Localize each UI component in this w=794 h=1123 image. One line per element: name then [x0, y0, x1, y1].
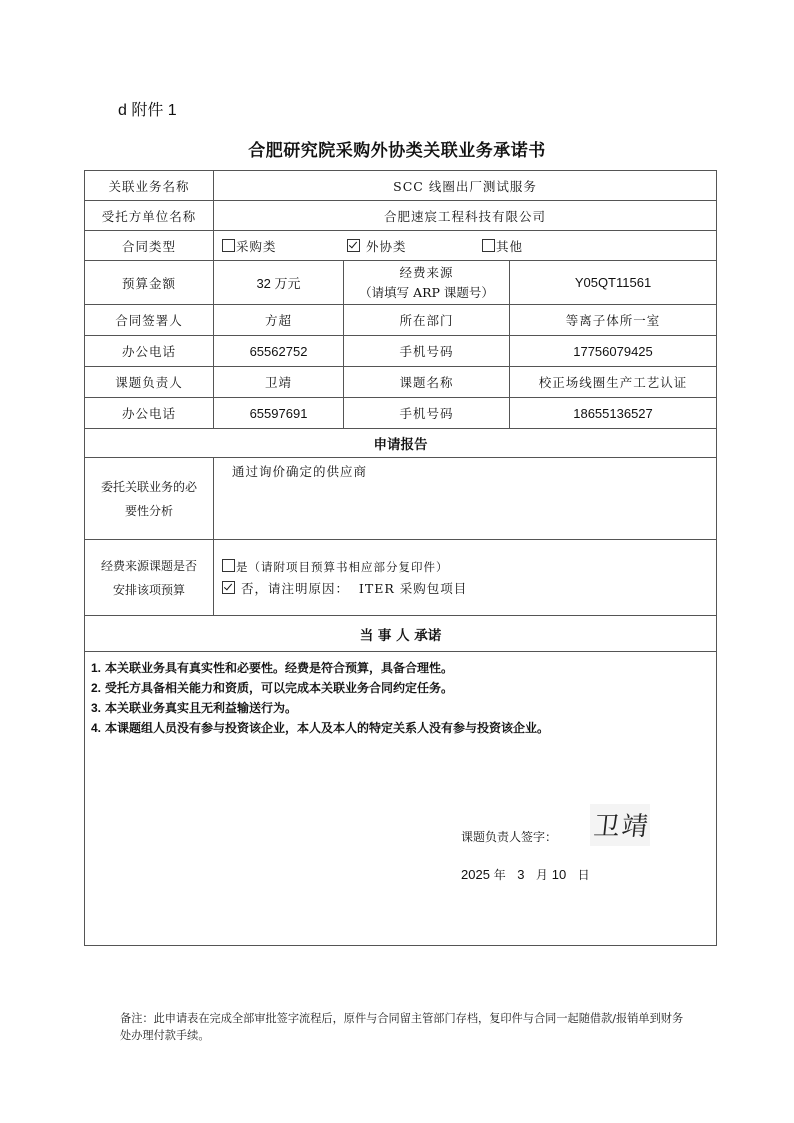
promise-item: 4.本课题组人员没有参与投资该企业，本人及本人的特定关系人没有参与投资该企业。	[91, 718, 716, 738]
business-name-value: SCC 线圈出厂测试服务	[214, 171, 717, 201]
checkbox-yes[interactable]	[222, 559, 235, 572]
option-no[interactable]: 否，请注明原因： ITER 采购包项目	[222, 578, 716, 600]
dept-value: 等离子体所一室	[510, 305, 717, 336]
dept-label: 所在部门	[344, 305, 510, 336]
row-business-name: 关联业务名称 SCC 线圈出厂测试服务	[85, 171, 717, 201]
row-project-lead: 课题负责人 卫靖 课题名称 校正场线圈生产工艺认证	[85, 367, 717, 398]
promise-item: 1.本关联业务具有真实性和必要性。经费是符合预算，具备合理性。	[91, 658, 716, 678]
report-heading: 申请报告	[85, 429, 717, 458]
promise-item: 3.本关联业务真实且无利益输送行为。	[91, 698, 716, 718]
contractor-label: 受托方单位名称	[85, 201, 214, 231]
handwritten-signature-image: 卫靖	[590, 804, 650, 846]
row-budget: 预算金额 32 万元 经费来源 （请填写 ARP 课题号） Y05QT11561	[85, 261, 717, 305]
option-yes[interactable]: 是（请附项目预算书相应部分复印件）	[222, 556, 716, 578]
checkbox-no-checked[interactable]	[222, 581, 235, 594]
funding-source-label: 经费来源 （请填写 ARP 课题号）	[344, 261, 510, 305]
lead-office-phone-value: 65597691	[214, 398, 344, 429]
signer-office-phone-label: 办公电话	[85, 336, 214, 367]
budget-arranged-label: 经费来源课题是否 安排该项预算	[85, 540, 214, 616]
row-lead-phone: 办公电话 65597691 手机号码 18655136527	[85, 398, 717, 429]
row-report-heading: 申请报告	[85, 429, 717, 458]
contract-type-label: 合同类型	[85, 231, 214, 261]
checkbox-outsourcing-checked[interactable]	[347, 239, 360, 252]
promise-item: 2.受托方具备相关能力和资质，可以完成本关联业务合同约定任务。	[91, 678, 716, 698]
project-name-label: 课题名称	[344, 367, 510, 398]
row-signer-phone: 办公电话 65562752 手机号码 17756079425	[85, 336, 717, 367]
footnote: 备注：此申请表在完成全部审批签字流程后，原件与合同留主管部门存档，复印件与合同一…	[120, 1010, 690, 1044]
funding-source-value: Y05QT11561	[510, 261, 717, 305]
checkbox-other[interactable]	[482, 239, 495, 252]
row-budget-arranged: 经费来源课题是否 安排该项预算 是（请附项目预算书相应部分复印件） 否，请注明原…	[85, 540, 717, 616]
budget-arranged-options: 是（请附项目预算书相应部分复印件） 否，请注明原因： ITER 采购包项目	[214, 540, 717, 616]
row-necessity: 委托关联业务的必 要性分析 通过询价确定的供应商	[85, 458, 717, 540]
budget-label: 预算金额	[85, 261, 214, 305]
lead-office-phone-label: 办公电话	[85, 398, 214, 429]
row-contract-type: 合同类型 采购类 外协类 其他	[85, 231, 717, 261]
signer-label: 合同签署人	[85, 305, 214, 336]
business-name-label: 关联业务名称	[85, 171, 214, 201]
commitment-form-table: 关联业务名称 SCC 线圈出厂测试服务 受托方单位名称 合肥速宸工程科技有限公司…	[84, 170, 717, 946]
necessity-label: 委托关联业务的必 要性分析	[85, 458, 214, 540]
lead-mobile-label: 手机号码	[344, 398, 510, 429]
signer-value: 方超	[214, 305, 344, 336]
option-procurement[interactable]: 采购类	[222, 237, 342, 255]
signer-office-phone-value: 65562752	[214, 336, 344, 367]
project-lead-value: 卫靖	[214, 367, 344, 398]
project-lead-label: 课题负责人	[85, 367, 214, 398]
row-promise-heading: 当 事 人 承诺	[85, 616, 717, 652]
option-outsourcing[interactable]: 外协类	[347, 237, 477, 255]
option-other[interactable]: 其他	[482, 237, 523, 255]
lead-mobile-value: 18655136527	[510, 398, 717, 429]
necessity-value: 通过询价确定的供应商	[214, 458, 717, 540]
promise-body: 1.本关联业务具有真实性和必要性。经费是符合预算，具备合理性。 2.受托方具备相…	[85, 652, 717, 946]
document-title: 合肥研究院采购外协类关联业务承诺书	[0, 136, 794, 161]
contract-type-options: 采购类 外协类 其他	[214, 231, 717, 261]
budget-value: 32 万元	[214, 261, 344, 305]
signer-mobile-value: 17756079425	[510, 336, 717, 367]
signature-label: 课题负责人签字：	[461, 828, 557, 845]
row-promise-body: 1.本关联业务具有真实性和必要性。经费是符合预算，具备合理性。 2.受托方具备相…	[85, 652, 717, 946]
signature-date: 2025 年 3 月 10 日	[461, 866, 590, 883]
project-name-value: 校正场线圈生产工艺认证	[510, 367, 717, 398]
promise-heading: 当 事 人 承诺	[85, 616, 717, 652]
checkbox-procurement[interactable]	[222, 239, 235, 252]
contractor-value: 合肥速宸工程科技有限公司	[214, 201, 717, 231]
signer-mobile-label: 手机号码	[344, 336, 510, 367]
row-signer: 合同签署人 方超 所在部门 等离子体所一室	[85, 305, 717, 336]
row-contractor: 受托方单位名称 合肥速宸工程科技有限公司	[85, 201, 717, 231]
attachment-label: d 附件 1	[118, 97, 177, 120]
